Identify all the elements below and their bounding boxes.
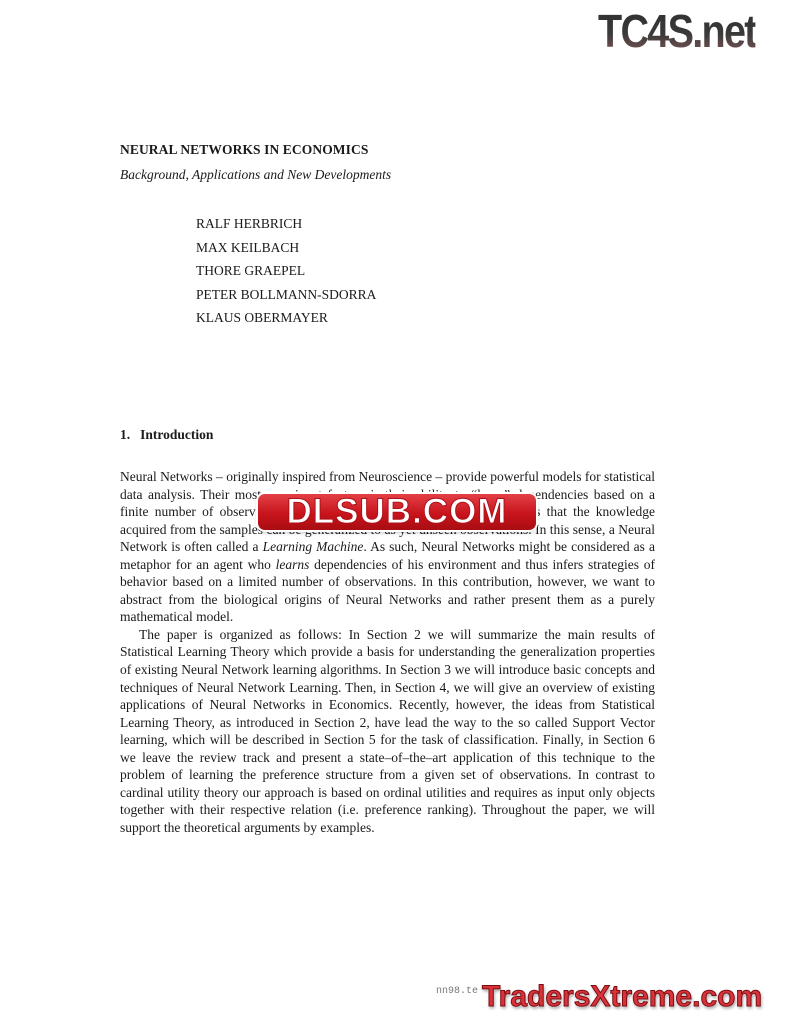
emphasis-text: learns [276,557,310,572]
section-number: 1. [120,427,130,442]
watermark-tc4s: TC4S.net [598,4,756,58]
paragraph: The paper is organized as follows: In Se… [120,626,655,837]
emphasis-text: Learning Machine [263,539,364,554]
paper-subtitle: Background, Applications and New Develop… [120,167,391,183]
author-list: RALF HERBRICH MAX KEILBACH THORE GRAEPEL… [196,215,376,333]
author: KLAUS OBERMAYER [196,309,376,333]
author: MAX KEILBACH [196,239,376,263]
author: PETER BOLLMANN-SDORRA [196,286,376,310]
watermark-dlsub: DLSUB.COM [258,494,536,530]
author: RALF HERBRICH [196,215,376,239]
text-run: The paper is organized as follows: In Se… [120,627,655,835]
author: THORE GRAEPEL [196,262,376,286]
section-title: Introduction [140,427,213,442]
footer-filename: nn98.te [436,986,478,997]
paper-title: NEURAL NETWORKS IN ECONOMICS [120,142,368,158]
section-heading: 1.Introduction [120,427,213,443]
document-page: TC4S.net NEURAL NETWORKS IN ECONOMICS Ba… [0,0,791,1024]
watermark-tradersxtreme: TradersXtreme.com [482,980,762,1014]
